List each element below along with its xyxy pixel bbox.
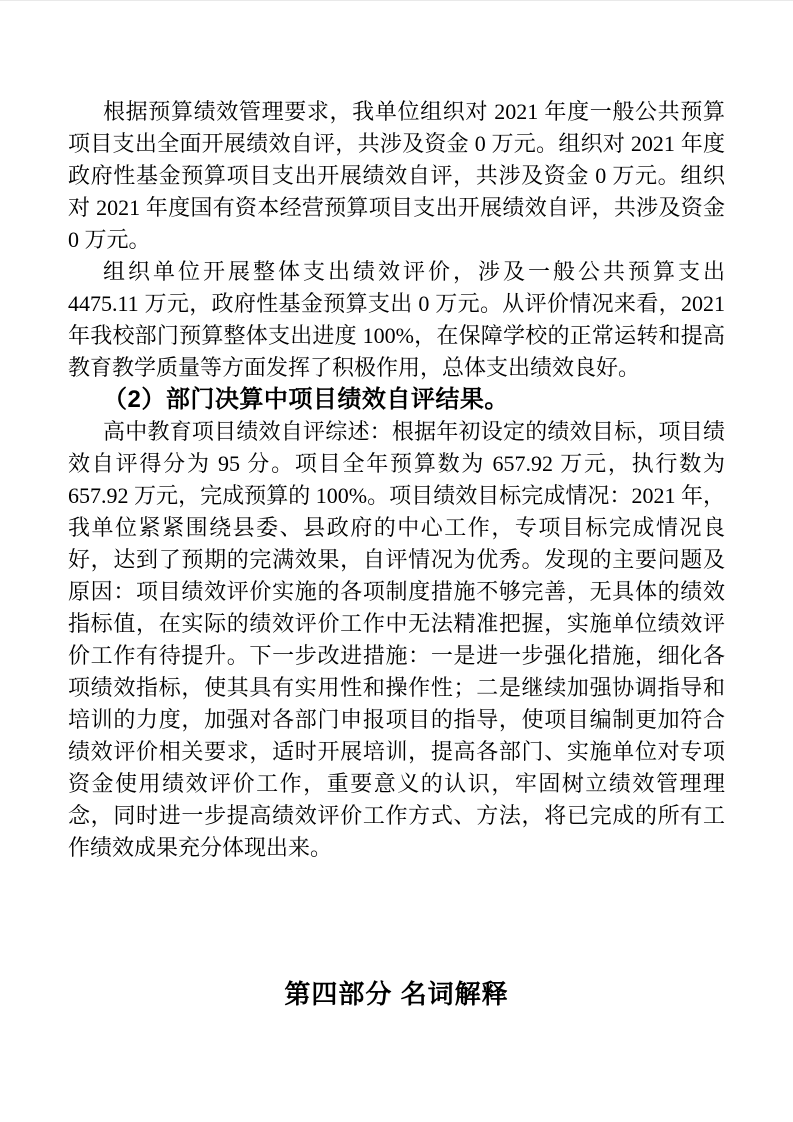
paragraph-overall-expenditure-evaluation: 组织单位开展整体支出绩效评价，涉及一般公共预算支出 4475.11 万元，政府性… (68, 256, 725, 384)
document-page: 根据预算绩效管理要求，我单位组织对 2021 年度一般公共预算项目支出全面开展绩… (0, 0, 793, 1122)
paragraph-highschool-project-evaluation: 高中教育项目绩效自评综述：根据年初设定的绩效目标，项目绩效自评得分为 95 分。… (68, 416, 725, 864)
heading-project-performance-self-eval-results: （2）部门决算中项目绩效自评结果。 (68, 384, 725, 416)
paragraph-budget-self-evaluation: 根据预算绩效管理要求，我单位组织对 2021 年度一般公共预算项目支出全面开展绩… (68, 96, 725, 256)
section-title-part-four-glossary: 第四部分 名词解释 (68, 976, 725, 1012)
